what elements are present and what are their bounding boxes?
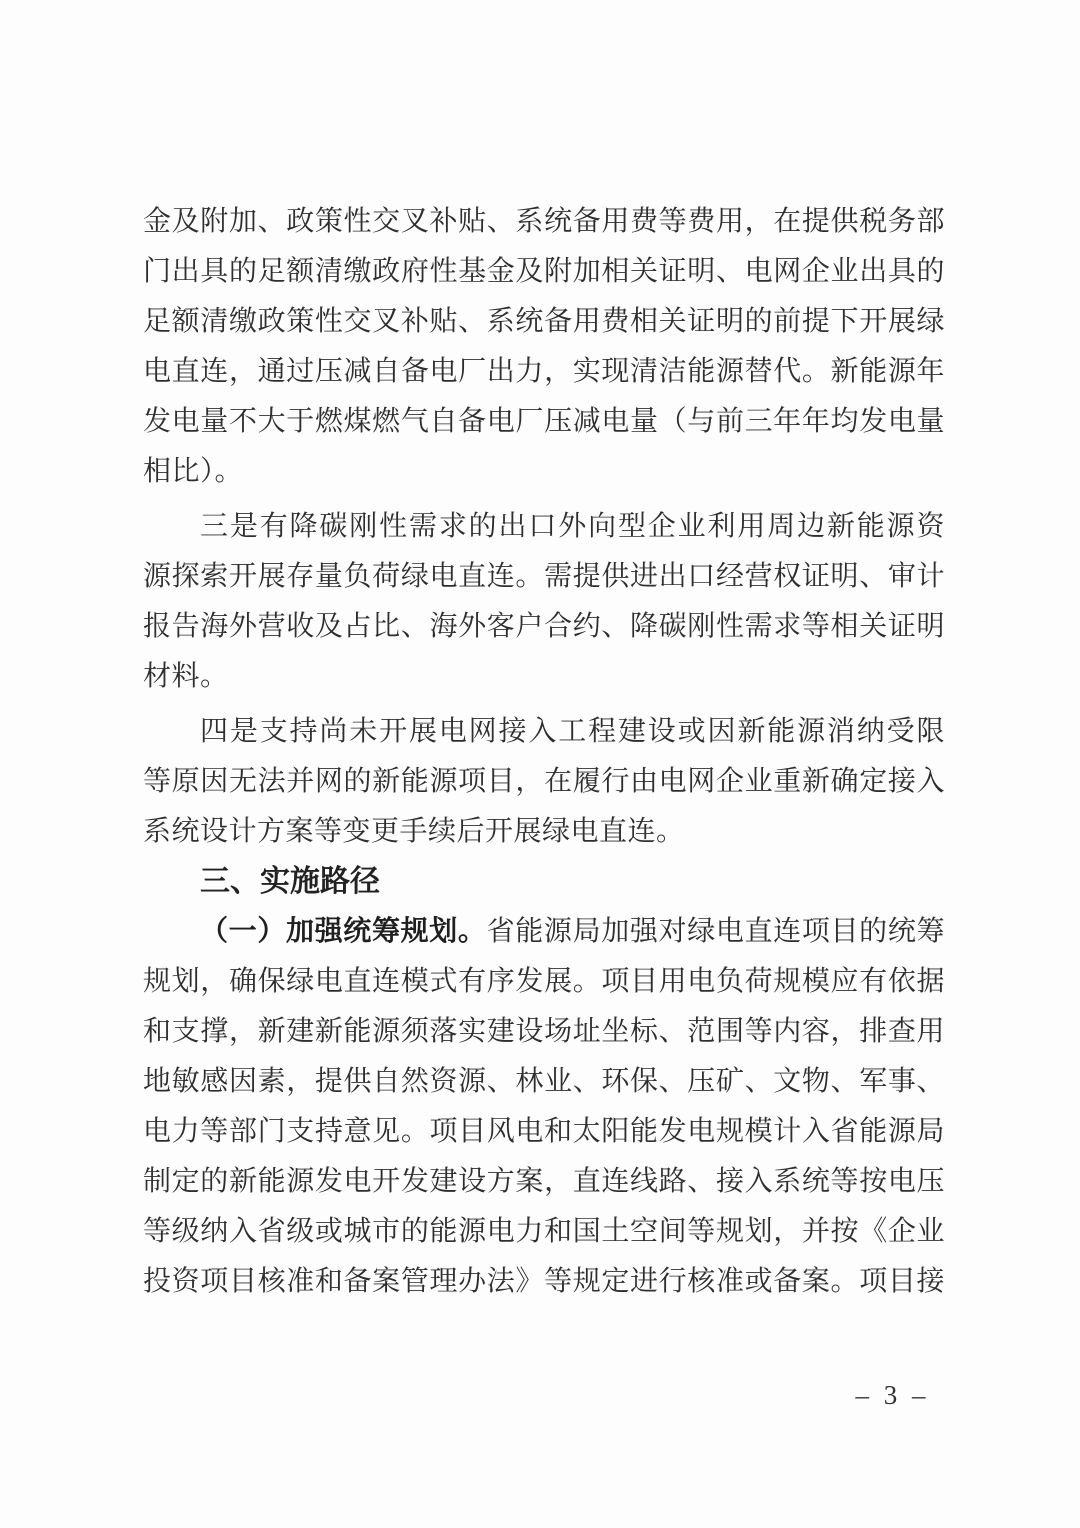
document-page: 金及附加、政策性交叉补贴、系统备用费等费用，在提供税务部 门出具的足额清缴政府性… [0, 0, 1080, 1528]
body-text: 金及附加、政策性交叉补贴、系统备用费等费用，在提供税务部 门出具的足额清缴政府性… [143, 197, 945, 1307]
text-line: 电力等部门支持意见。项目风电和太阳能发电规模计入省能源局 [143, 1107, 945, 1157]
text-line: 等级纳入省级或城市的能源电力和国土空间等规划，并按《企业 [143, 1207, 945, 1257]
text-line: 足额清缴政策性交叉补贴、系统备用费相关证明的前提下开展绿 [143, 297, 945, 347]
text-line: 投资项目核准和备案管理办法》等规定进行核准或备案。项目接 [143, 1257, 945, 1307]
text-line: 报告海外营收及占比、海外客户合约、降碳刚性需求等相关证明 [143, 602, 945, 652]
paragraph-continuation: 金及附加、政策性交叉补贴、系统备用费等费用，在提供税务部 门出具的足额清缴政府性… [143, 197, 945, 497]
text-line: 相比）。 [143, 447, 945, 497]
text-line: 三是有降碳刚性需求的出口外向型企业利用周边新能源资 [143, 502, 945, 552]
text-line: 等原因无法并网的新能源项目，在履行由电网企业重新确定接入 [143, 757, 945, 807]
paragraph-item-three: 三是有降碳刚性需求的出口外向型企业利用周边新能源资 源探索开展存量负荷绿电直连。… [143, 502, 945, 702]
text-line: 发电量不大于燃煤燃气自备电厂压减电量（与前三年年均发电量 [143, 397, 945, 447]
paragraph-item-four: 四是支持尚未开展电网接入工程建设或因新能源消纳受限 等原因无法并网的新能源项目，… [143, 707, 945, 857]
text-line: 电直连，通过压减自备电厂出力，实现清洁能源替代。新能源年 [143, 347, 945, 397]
text-line: 制定的新能源发电开发建设方案，直连线路、接入系统等按电压 [143, 1157, 945, 1207]
text-line: 四是支持尚未开展电网接入工程建设或因新能源消纳受限 [143, 707, 945, 757]
text-line: （一）加强统筹规划。省能源局加强对绿电直连项目的统筹 [143, 907, 945, 957]
text-line: 金及附加、政策性交叉补贴、系统备用费等费用，在提供税务部 [143, 197, 945, 247]
text-line: 地敏感因素，提供自然资源、林业、环保、压矿、文物、军事、 [143, 1057, 945, 1107]
text-line: 规划，确保绿电直连模式有序发展。项目用电负荷规模应有依据 [143, 957, 945, 1007]
text-line: 源探索开展存量负荷绿电直连。需提供进出口经营权证明、审计 [143, 552, 945, 602]
paragraph-implementation-planning: （一）加强统筹规划。省能源局加强对绿电直连项目的统筹 规划，确保绿电直连模式有序… [143, 907, 945, 1307]
text-line: 系统设计方案等变更手续后开展绿电直连。 [143, 807, 945, 857]
page-number: – 3 – [820, 1370, 965, 1420]
text-line-rest: 省能源局加强对绿电直连项目的统筹 [487, 916, 945, 947]
item-lead-label: （一）加强统筹规划。 [200, 916, 487, 947]
section-heading: 三、实施路径 [143, 857, 945, 907]
text-line: 门出具的足额清缴政府性基金及附加相关证明、电网企业出具的 [143, 247, 945, 297]
text-line: 材料。 [143, 652, 945, 702]
text-line: 和支撑，新建新能源须落实建设场址坐标、范围等内容，排查用 [143, 1007, 945, 1057]
